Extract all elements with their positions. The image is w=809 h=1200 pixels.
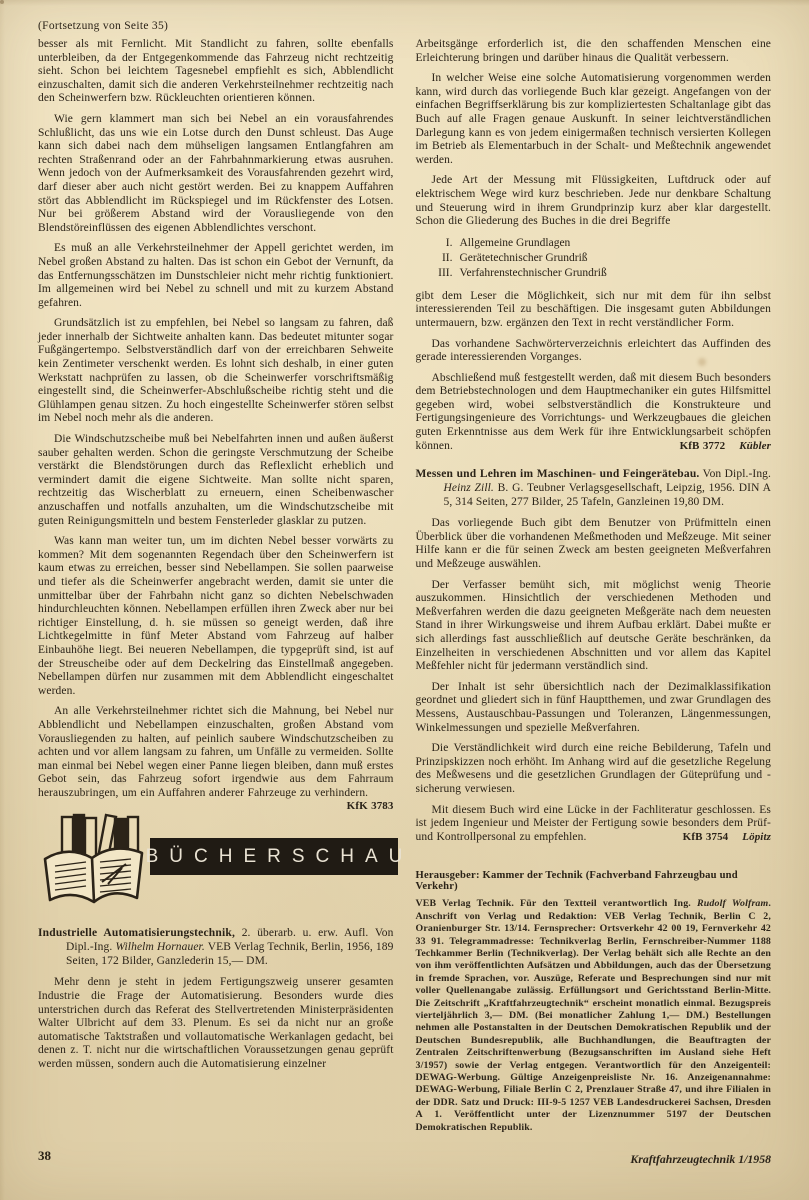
impressum-body: VEB Verlag Technik. Für den Textteil ver…: [416, 898, 772, 1134]
book-entry: Messen und Lehren im Maschinen- und Fein…: [416, 467, 772, 509]
book-author: Wilhelm Hornauer.: [115, 941, 204, 953]
article-paragraph: Das vorhandene Sachwörterverzeichnis erl…: [416, 338, 772, 365]
article-paragraph: Jede Art der Messung mit Flüssigkeiten, …: [416, 174, 772, 228]
list-label: Allgemeine Grundlagen: [460, 236, 571, 251]
signature-name: Löpitz: [728, 831, 771, 843]
continuation-note: (Fortsetzung von Seite 35): [38, 20, 168, 32]
article-paragraph: Der Inhalt ist sehr übersichtlich nach d…: [416, 681, 772, 735]
article-paragraph: Arbeitsgänge erforderlich ist, die den s…: [416, 38, 772, 65]
buecherschau-header: BÜCHERSCHAU: [38, 816, 394, 918]
article-paragraph: Der Verfasser bemüht sich, mit möglichst…: [416, 579, 772, 674]
article-paragraph: Was kann man weiter tun, um im dichten N…: [38, 535, 394, 698]
list-label: Gerätetechnischer Grundriß: [460, 251, 588, 266]
impressum-heading: Herausgeber: Kammer der Technik (Fachver…: [416, 870, 772, 892]
article-signature: KfK 3783: [321, 800, 394, 814]
impressum: Herausgeber: Kammer der Technik (Fachver…: [416, 870, 772, 1134]
list-numeral: I.: [416, 236, 460, 251]
article-paragraph: besser als mit Fernlicht. Mit Standlicht…: [38, 38, 394, 106]
article-paragraph: Die Verständlichkeit wird durch eine rei…: [416, 742, 772, 796]
article-paragraph: Mit diesem Buch wird eine Lücke in der F…: [416, 804, 772, 845]
left-column: besser als mit Fernlicht. Mit Standlicht…: [38, 38, 394, 1167]
article-signature: KfB 3772Kübler: [654, 440, 771, 454]
impressum-text: . Anschrift von Verlag und Redaktion: VE…: [416, 898, 772, 1132]
impressum-name-italic: Rudolf Wolfram: [697, 898, 768, 909]
two-column-layout: besser als mit Fernlicht. Mit Standlicht…: [38, 38, 771, 1167]
book-title: Messen und Lehren im Maschinen- und Fein…: [416, 468, 700, 480]
paragraph-text: An alle Verkehrsteilnehmer richtet sich …: [38, 705, 394, 799]
article-paragraph: In welcher Weise eine solche Automatisie…: [416, 72, 772, 167]
book-entry-text: Von Dipl.-Ing.: [700, 468, 772, 480]
review-paragraph: Mehr denn je steht in jedem Fertigungszw…: [38, 976, 394, 1071]
buecherschau-title: BÜCHERSCHAU: [150, 838, 398, 875]
article-paragraph: Abschließend muß festgestellt werden, da…: [416, 372, 772, 454]
books-illustration-icon: [38, 812, 150, 920]
list-item: I. Allgemeine Grundlagen: [416, 236, 772, 251]
book-entry: Industrielle Automatisierungstechnik, 2.…: [38, 926, 394, 968]
article-paragraph: An alle Verkehrsteilnehmer richtet sich …: [38, 705, 394, 800]
book-author: Heinz Zill.: [444, 482, 494, 494]
article-signature: KfB 3754Löpitz: [657, 831, 771, 845]
article-paragraph: gibt dem Leser die Möglichkeit, sich nur…: [416, 290, 772, 331]
article-paragraph: Es muß an alle Verkehrsteilnehmer der Ap…: [38, 242, 394, 310]
page-number: 38: [38, 1148, 51, 1164]
list-numeral: III.: [416, 266, 460, 281]
article-paragraph: Grundsätzlich ist zu empfehlen, bei Nebe…: [38, 317, 394, 426]
signature-code: KfK 3783: [347, 800, 394, 812]
article-paragraph: Die Windschutzscheibe muß bei Nebelfahrt…: [38, 433, 394, 528]
chapter-list: I. Allgemeine Grundlagen II. Gerätetechn…: [416, 236, 772, 281]
signature-name: Kübler: [725, 440, 771, 452]
list-item: III. Verfahrenstechnischer Grundriß: [416, 266, 772, 281]
impressum-text: VEB Verlag Technik. Für den Textteil ver…: [416, 898, 698, 909]
signature-code: KfB 3754: [683, 831, 729, 843]
list-numeral: II.: [416, 251, 460, 266]
list-label: Verfahrenstechnischer Grundriß: [460, 266, 607, 281]
article-paragraph: Das vorliegende Buch gibt dem Benutzer v…: [416, 517, 772, 571]
journal-footer: Kraftfahrzeugtechnik 1/1958: [416, 1152, 772, 1167]
magazine-page: (Fortsetzung von Seite 35) besser als mi…: [0, 0, 809, 1200]
signature-code: KfB 3772: [680, 440, 726, 452]
list-item: II. Gerätetechnischer Grundriß: [416, 251, 772, 266]
book-title: Industrielle Automatisierungstechnik,: [38, 927, 235, 939]
article-paragraph: Wie gern klammert man sich bei Nebel an …: [38, 113, 394, 235]
right-column: Arbeitsgänge erforderlich ist, die den s…: [416, 38, 772, 1167]
